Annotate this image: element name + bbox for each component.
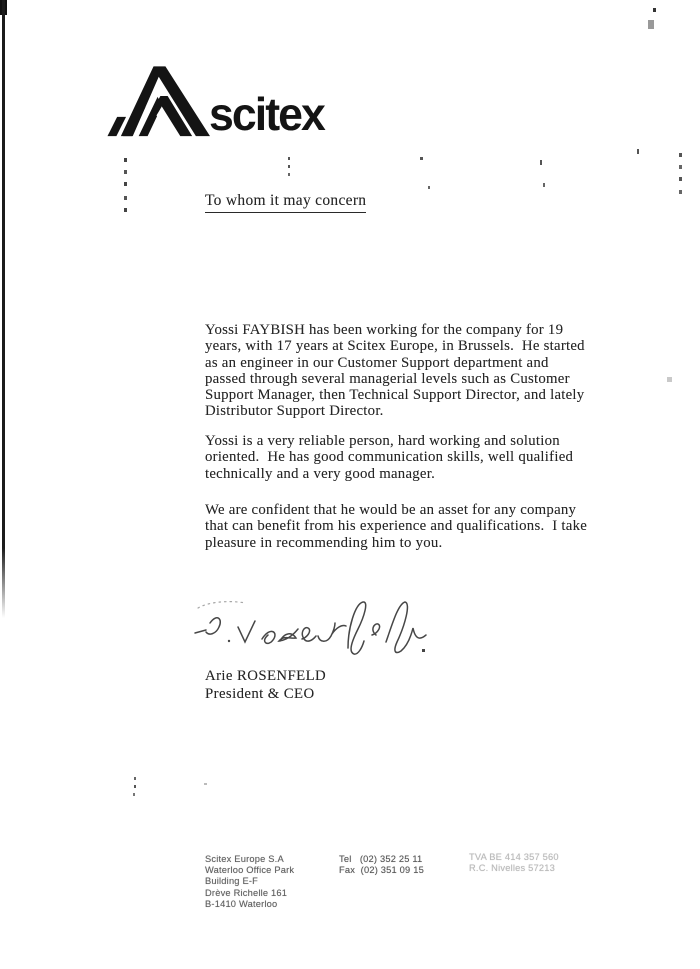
body-paragraph-1: Yossi FAYBISH has been working for the c…: [205, 322, 675, 420]
scan-artifact: [648, 20, 654, 29]
scan-artifact: [679, 190, 682, 194]
footer-tel: Tel (02) 352 25 11: [339, 854, 424, 865]
scitex-logo-icon: [106, 60, 210, 138]
footer-contact-block: Tel (02) 352 25 11 Fax (02) 351 09 15: [339, 854, 424, 876]
body-paragraph-3: We are confident that he would be an ass…: [205, 502, 675, 551]
scan-artifact: [133, 793, 135, 796]
scan-artifact: [679, 153, 682, 157]
footer-rc: R.C. Nivelles 57213: [469, 863, 559, 874]
footer-address-line: Drève Richelle 161: [205, 888, 294, 899]
scan-artifact: [420, 157, 423, 160]
footer-address-line: Waterloo Office Park: [205, 865, 294, 876]
scan-artifact: [288, 173, 290, 176]
signatory-name: Arie ROSENFELD: [205, 668, 326, 685]
footer-registration-block: TVA BE 414 357 560 R.C. Nivelles 57213: [469, 852, 559, 874]
signatory-title: President & CEO: [205, 686, 315, 703]
scanned-letter-page: scitex To whom it may concern Yossi FAYB…: [0, 0, 700, 969]
scan-artifact: [134, 785, 136, 788]
footer-address-line: Building E-F: [205, 876, 294, 887]
footer-company-name: Scitex Europe S.A: [205, 854, 294, 865]
scan-artifact: [124, 182, 127, 186]
scan-artifact: [2, 548, 5, 618]
signature-handwriting-icon: [190, 594, 450, 669]
scan-artifact: [543, 183, 545, 187]
footer-vat: TVA BE 414 357 560: [469, 852, 559, 863]
scan-artifact: [134, 777, 136, 780]
scitex-wordmark: scitex: [209, 87, 324, 141]
scan-artifact: [540, 160, 542, 165]
footer-address-block: Scitex Europe S.A Waterloo Office Park B…: [205, 854, 294, 910]
scan-artifact: [653, 8, 656, 12]
footer-fax: Fax (02) 351 09 15: [339, 865, 424, 876]
scan-artifact: [679, 165, 682, 169]
scan-artifact: [428, 186, 430, 189]
scan-artifact: [2, 0, 5, 548]
footer-address-line: B-1410 Waterloo: [205, 899, 294, 910]
scan-artifact: [288, 157, 290, 160]
scan-artifact: [124, 158, 127, 162]
scan-artifact: [637, 149, 639, 154]
scan-artifact: [124, 208, 127, 212]
scan-artifact: [204, 783, 207, 785]
salutation-heading: To whom it may concern: [205, 192, 366, 213]
scan-artifact: [124, 170, 127, 174]
scan-artifact: [124, 196, 127, 200]
body-paragraph-2: Yossi is a very reliable person, hard wo…: [205, 433, 675, 482]
scan-artifact: [679, 177, 682, 181]
scan-artifact: [288, 165, 290, 168]
